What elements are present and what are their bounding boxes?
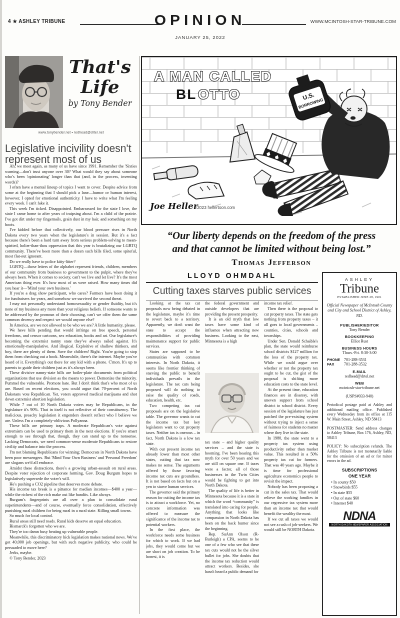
hours-value: Thurs.-Fri. 8:30-3:00 — [326, 351, 393, 356]
author-contact-wrap: www.tonybender.net • redhead@drtel.net — [5, 130, 137, 138]
masthead-box: ASHLEY Tribune ESTABLISHED JUNE 28, 1901… — [322, 272, 397, 616]
usps-number: (USPS#033-940) — [326, 394, 393, 399]
middle-article-columns: Looking at the tax cut proposals now bei… — [146, 301, 318, 616]
ndna-logo: NDNA — [326, 510, 393, 522]
masthead-established: ESTABLISHED JUNE 28, 1901 — [326, 296, 393, 299]
middle-article-col1: Looking at the tax cut proposals now bei… — [146, 301, 200, 616]
subscription-rates: • In county $50• Snowbirds $55• In state… — [331, 480, 393, 506]
paragraph: Amidst these distractions, there's a gro… — [5, 466, 137, 482]
ndna-logo-bar: NORTH DAKOTA NEWSPAPER ASSOCIATION — [329, 523, 390, 527]
feature-title-line2: Life — [63, 78, 137, 98]
column-divider — [139, 56, 140, 614]
paragraph: It is an old myth that low taxes have so… — [205, 317, 259, 344]
col2-top-paragraphs: the federal government and outside devel… — [205, 301, 259, 344]
paragraph: The governor said the primary reason for… — [146, 490, 200, 528]
paragraph: The quality of life is better in Minneso… — [205, 489, 259, 532]
paragraph: Rep. SuAnn Olson (R-Burleigh) a CPA, see… — [205, 532, 259, 575]
header-website-wrap: WWW.MCINTOSH-STAR-TRIBUNE.COM — [304, 19, 396, 28]
paragraph: I've kidded before that collectively, ou… — [5, 228, 137, 260]
paragraph: His income tax break is a pittance for m… — [5, 487, 137, 498]
cartoon-drawing: A MAN CALLED BL OTTO — [142, 57, 396, 224]
paragraph: I often have a mental lineup of topics I… — [5, 185, 137, 206]
page-scan-edge — [0, 0, 2, 618]
fax-number: 701-288-3532 — [344, 362, 367, 367]
pull-quote: “Our liberty depends on the freedom of t… — [146, 231, 397, 267]
cartoon-title-bl: BL — [176, 86, 197, 102]
paragraph: These bills are primary traps. A moderat… — [5, 424, 137, 450]
paragraph: Ah, we meet again, as many of us have si… — [5, 164, 137, 185]
quote-line1: “Our liberty depends on the freedom of t… — [146, 231, 397, 244]
author-contact: www.tonybender.net • redhead@drtel.net — [5, 130, 137, 135]
paragraph: Two competing tax cut proposals are on t… — [146, 404, 200, 447]
email-value: redhead@drtel.net — [326, 374, 393, 379]
lloyd-omdahl-photo — [205, 373, 259, 433]
fax-row: FAX 701-288-3532 — [327, 362, 392, 367]
policy-notice: POLICY: No subscription refunds. The Ash… — [327, 444, 392, 463]
paragraph: These divisive nanny-state bills are boi… — [5, 371, 137, 403]
feature-title: That's Life by Tony Bender — [63, 56, 137, 128]
paragraph: Nobody has been proposing a cut in the s… — [264, 485, 318, 517]
paragraph: We have bills pending that would infring… — [5, 328, 137, 370]
periodical-notice: Periodical postage paid at Ashley and ad… — [327, 403, 392, 422]
paragraph: © Tony Bender, 2023 — [5, 556, 137, 561]
paragraph: In the first place, the workforce needs … — [146, 528, 200, 560]
cartoon-title-otto: OTTO — [198, 86, 241, 102]
paragraph: LGBTQ—those letters of the alphabet repr… — [5, 265, 137, 291]
left-article-body: Ah, we meet again, as many of us have si… — [5, 164, 137, 614]
paragraph: States are supposed to be communities wi… — [146, 350, 200, 404]
quote-line2: and that cannot be limited without being… — [146, 244, 397, 257]
cartoon-credit: ©2023 hellertoon.com — [194, 205, 236, 210]
paragraph: Then there is the proposal to cut proper… — [264, 306, 318, 338]
website-url: WWW.MCINTOSH-STAR-TRIBUNE.COM — [304, 19, 396, 24]
bookkeeper-name: Elliot Rust — [326, 339, 393, 344]
quote-attribution: Thomas Jefferson — [146, 257, 397, 267]
masthead-name: Tribune — [326, 282, 393, 296]
issue-date-wrap: JANUARY 25, 2022 — [0, 30, 400, 38]
paragraph: Looking at the tax cut proposals now bei… — [146, 301, 200, 350]
empty-bottle — [153, 165, 198, 182]
paragraph: Under Sen. Donald Schaible's plan, the s… — [264, 339, 318, 388]
middle-article-col3: income tax relief.Then there is the prop… — [264, 301, 318, 616]
left-article-paragraphs: Ah, we meet again, as many of us have si… — [5, 164, 137, 561]
paragraph: While 7 out of 10 North Dakota voters ma… — [5, 402, 137, 423]
paragraph: I'm not blaming Republicans for winning;… — [5, 450, 137, 466]
col1-paragraphs: Looking at the tax cut proposals now bei… — [146, 301, 200, 560]
paragraph: If you're a drag show participant, who c… — [5, 291, 137, 302]
header-rule-right — [242, 24, 306, 25]
paragraph: In 1980, the state went to a property ta… — [264, 436, 318, 485]
col2-bottom-paragraphs: tax state – and higher quality services … — [205, 440, 259, 575]
feature-title-line1: That's — [63, 58, 137, 78]
cartoon-title-line1: A MAN CALLED — [154, 68, 272, 84]
publisher-name: Tony Bender — [326, 328, 393, 333]
editorial-cartoon: A MAN CALLED BL OTTO — [141, 56, 397, 225]
postmaster-notice: POSTMASTER: Send address changes to Ashl… — [327, 426, 392, 440]
cartoonist-signature: Joe Heller — [148, 202, 198, 212]
middle-article-col2: the federal government and outside devel… — [205, 301, 259, 616]
mouth — [350, 116, 355, 120]
issue-date: JANUARY 25, 2022 — [175, 35, 225, 41]
web-value: mcintosh-star-tribune.net — [326, 386, 393, 391]
old-shoe — [188, 182, 224, 199]
paragraph: With our present income tax already lowe… — [146, 447, 200, 490]
middle-article-author: LLOYD OHMDAHL — [146, 271, 318, 283]
paragraph: If we cut all taxes we would not see a r… — [264, 517, 318, 533]
paragraph: tax state – and higher quality services … — [205, 440, 259, 489]
masthead-official-text: Official Newspaper of McIntosh County an… — [326, 303, 393, 319]
middle-article-headline: Cutting taxes starves public services — [146, 283, 318, 301]
tony-bender-photo — [5, 56, 63, 128]
subscriptions-title-2: ONE YEAR — [326, 473, 393, 478]
paragraph: I may not personally understand homosexu… — [5, 302, 137, 323]
thats-life-header: That's Life by Tony Bender — [5, 56, 137, 128]
thats-life-column: That's Life by Tony Bender www.tonybende… — [5, 56, 137, 167]
middle-article-header: LLOYD OHMDAHL Cutting taxes starves publ… — [146, 271, 318, 301]
col3-paragraphs: income tax relief.Then there is the prop… — [264, 301, 318, 533]
subscriptions-title-1: SUBSCRIPTIONS — [326, 467, 393, 472]
paragraph: the federal government and outside devel… — [205, 301, 259, 317]
paragraph: At the present time, education finances … — [264, 387, 318, 436]
paragraph: This week I'm ticked. Disappointed. Emba… — [5, 206, 137, 227]
feature-byline: by Tony Bender — [63, 98, 137, 109]
fax-label: FAX — [327, 362, 344, 367]
paragraph: • Internet $40 — [331, 501, 393, 506]
paragraph: Burgum's fingerprints are all over a pla… — [5, 498, 137, 514]
paragraph: Meanwhile, this discriminatory hick legi… — [5, 535, 137, 551]
